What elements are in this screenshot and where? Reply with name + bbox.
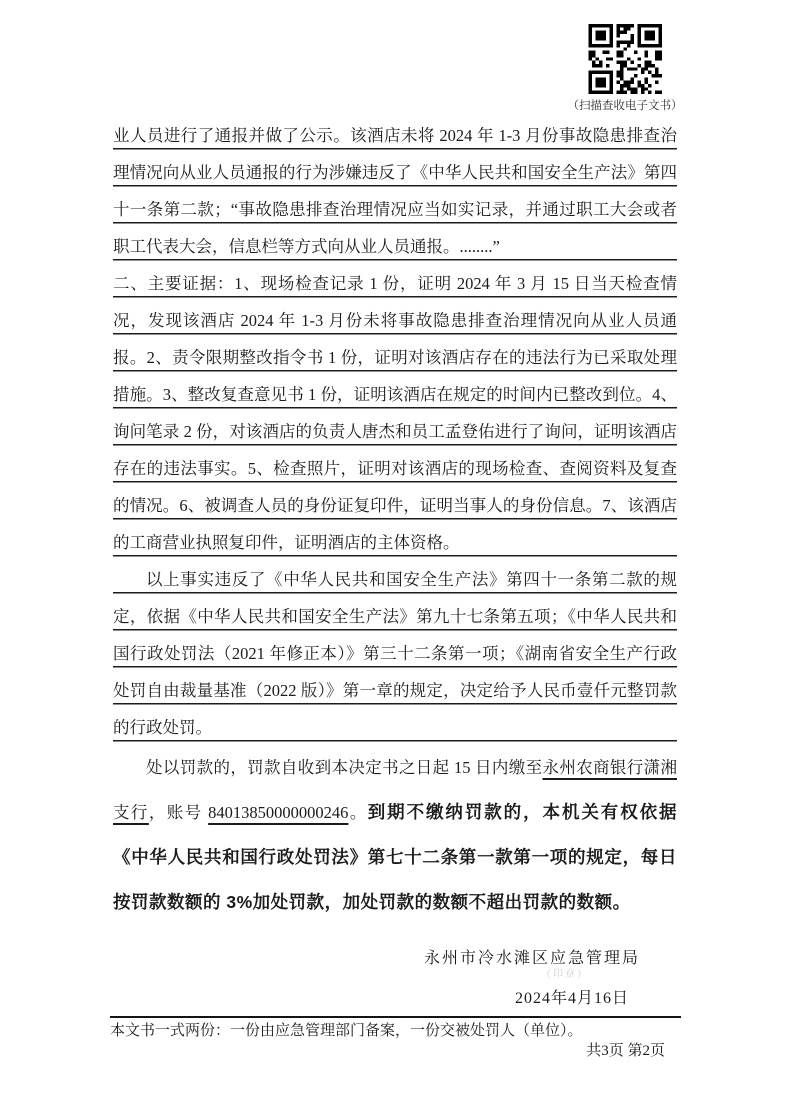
payment-account-number: 84013850000000246 bbox=[208, 803, 348, 822]
document-body: 业人员进行了通报并做了公示。该酒店未将 2024 年 1-3 月份事故隐患排查治… bbox=[113, 117, 677, 1019]
seal-placeholder: （印章） bbox=[541, 970, 589, 980]
payment-lead-text: 处以罚款的，罚款自收到本决定书之日起 15 日内缴至 bbox=[146, 758, 542, 777]
signature-block: 永州市冷水滩区应急管理局 （印章） 2024年4月16日 bbox=[113, 939, 677, 1019]
issue-date: 2024年4月16日 bbox=[113, 979, 677, 1019]
copies-note: 本文书一式两份：一份由应急管理部门备案，一份交被处罚人（单位）。 bbox=[110, 1021, 681, 1042]
qr-block: （扫描查收电子文书） bbox=[566, 24, 684, 113]
payment-period: 。 bbox=[348, 803, 367, 822]
document-page: （扫描查收电子文书） 业人员进行了通报并做了公示。该酒店未将 2024 年 1-… bbox=[0, 0, 789, 1118]
issuing-agency: 永州市冷水滩区应急管理局 bbox=[113, 939, 677, 979]
qr-caption: （扫描查收电子文书） bbox=[566, 97, 684, 113]
paragraph-evidence: 二、主要证据：1、现场检查记录 1 份，证明 2024 年 3 月 15 日当天… bbox=[113, 265, 677, 561]
page-indicator: 共3页 第2页 bbox=[110, 1042, 681, 1061]
paragraph-payment: 处以罚款的，罚款自收到本决定书之日起 15 日内缴至永州农商银行潇湘支行，账号 … bbox=[113, 746, 677, 925]
footer-divider bbox=[110, 1016, 681, 1018]
payment-account-label: ，账号 bbox=[149, 803, 208, 822]
page-footer: 本文书一式两份：一份由应急管理部门备案，一份交被处罚人（单位）。 共3页 第2页 bbox=[110, 1016, 681, 1061]
qr-code-icon bbox=[588, 24, 662, 94]
paragraph-continuation: 业人员进行了通报并做了公示。该酒店未将 2024 年 1-3 月份事故隐患排查治… bbox=[113, 117, 677, 265]
paragraph-decision: 以上事实违反了《中华人民共和国安全生产法》第四十一条第二款的规定，依据《中华人民… bbox=[113, 561, 677, 746]
